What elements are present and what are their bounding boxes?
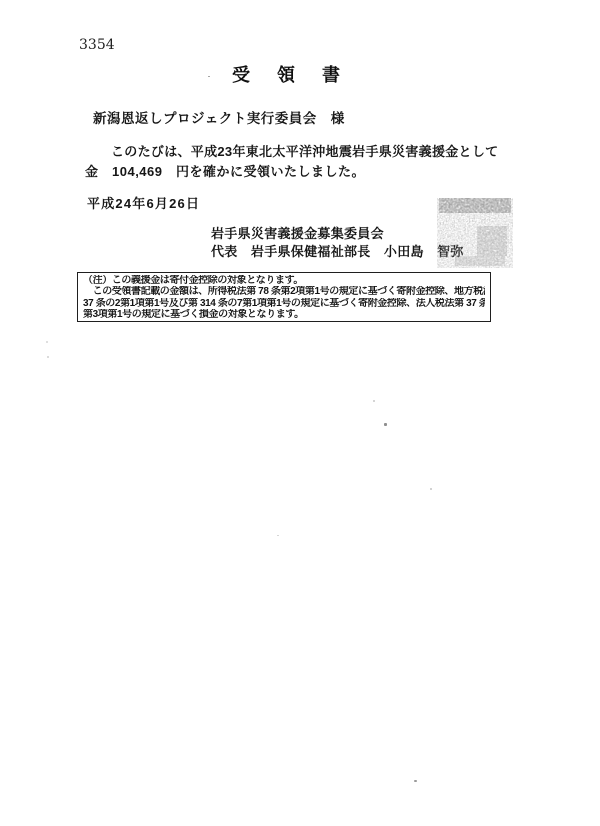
body-line-2-amount: 金 104,469 円を確かに受領いたしました。 [85,161,365,180]
tax-note-box: （注）この義援金は寄付金控除の対象となります。 この受領書記載の金額は、所得税法… [77,272,491,322]
addressee-line: 新潟恩返しプロジェクト実行委員会 様 [93,107,345,127]
body-line-1: このたびは、平成23年東北太平洋沖地震岩手県災害義援金として [111,141,498,160]
scan-speck [414,780,417,782]
note-line-2: この受領書記載の金額は、所得税法第 78 条第2項第1号の規定に基づく寄附金控除… [83,286,485,297]
note-line-4: 第3項第1号の規定に基づく損金の対象となります。 [83,309,485,320]
scan-speck [47,356,49,358]
document-number: 3354 [79,37,115,53]
issuer-organization: 岩手県災害義援金募集委員会 [211,223,384,242]
note-line-1: （注）この義援金は寄付金控除の対象となります。 [83,275,485,286]
scan-speck [373,400,375,402]
page-title: 受領書 [232,61,367,87]
receipt-page: 3354 受領書 新潟恩返しプロジェクト実行委員会 様 このたびは、平成23年東… [0,0,600,826]
scan-speck [277,535,279,536]
scan-speck [430,488,432,490]
scan-speck [46,341,48,343]
official-seal-stamp-icon [437,198,513,268]
issuer-representative: 代表 岩手県保健福祉部長 小田島 智弥 [211,241,464,260]
scan-speck [384,423,387,426]
date-line: 平成24年6月26日 [87,193,200,212]
note-line-3: 37 条の2第1項第1号及び第 314 条の7第1項第1号の規定に基づく寄附金控… [83,298,485,309]
scan-speck [208,76,210,77]
